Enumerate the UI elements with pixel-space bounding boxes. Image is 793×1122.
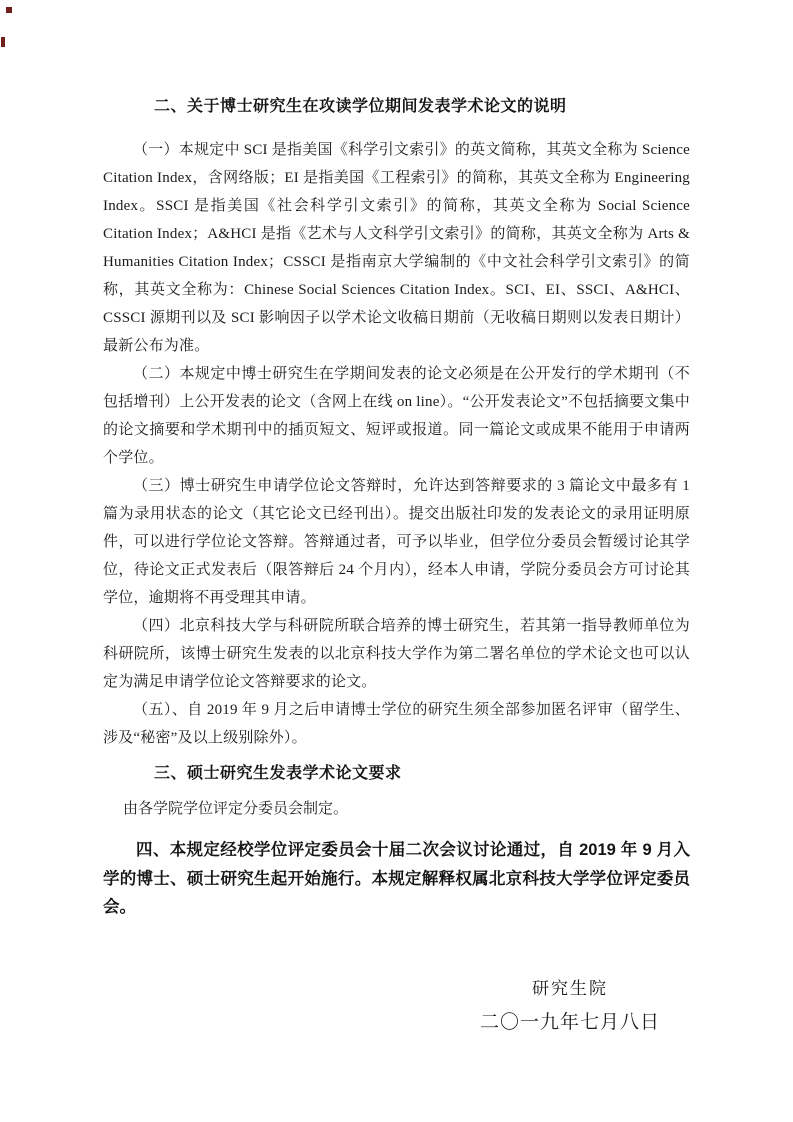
signature-organization: 研究生院 [450, 977, 690, 1001]
document-page: 二、关于博士研究生在攻读学位期间发表学术论文的说明 （一）本规定中 SCI 是指… [0, 0, 793, 1122]
section4-paragraph: 四、本规定经校学位评定委员会十届二次会议讨论通过，自 2019 年 9 月入学的… [103, 836, 690, 922]
signature-date: 二〇一九年七月八日 [450, 1011, 690, 1035]
section2-paragraph-3: （三）博士研究生申请学位论文答辩时，允许达到答辩要求的 3 篇论文中最多有 1 … [103, 472, 690, 612]
section3-body: 由各学院学位评定分委员会制定。 [103, 797, 690, 821]
section3-heading: 三、硕士研究生发表学术论文要求 [103, 762, 690, 786]
section2-paragraph-1: （一）本规定中 SCI 是指美国《科学引文索引》的英文简称，其英文全称为 Sci… [103, 136, 690, 360]
scan-artifact-left [1, 37, 5, 47]
scan-artifact-top [6, 7, 12, 13]
section2-paragraph-5: （五）、自 2019 年 9 月之后申请博士学位的研究生须全部参加匿名评审（留学… [103, 696, 690, 752]
section2-heading: 二、关于博士研究生在攻读学位期间发表学术论文的说明 [103, 95, 690, 119]
section2-paragraph-4: （四）北京科技大学与科研院所联合培养的博士研究生，若其第一指导教师单位为科研院所… [103, 612, 690, 696]
section2-paragraph-2: （二）本规定中博士研究生在学期间发表的论文必须是在公开发行的学术期刊（不包括增刊… [103, 360, 690, 472]
signature-block: 研究生院 二〇一九年七月八日 [450, 977, 690, 1035]
